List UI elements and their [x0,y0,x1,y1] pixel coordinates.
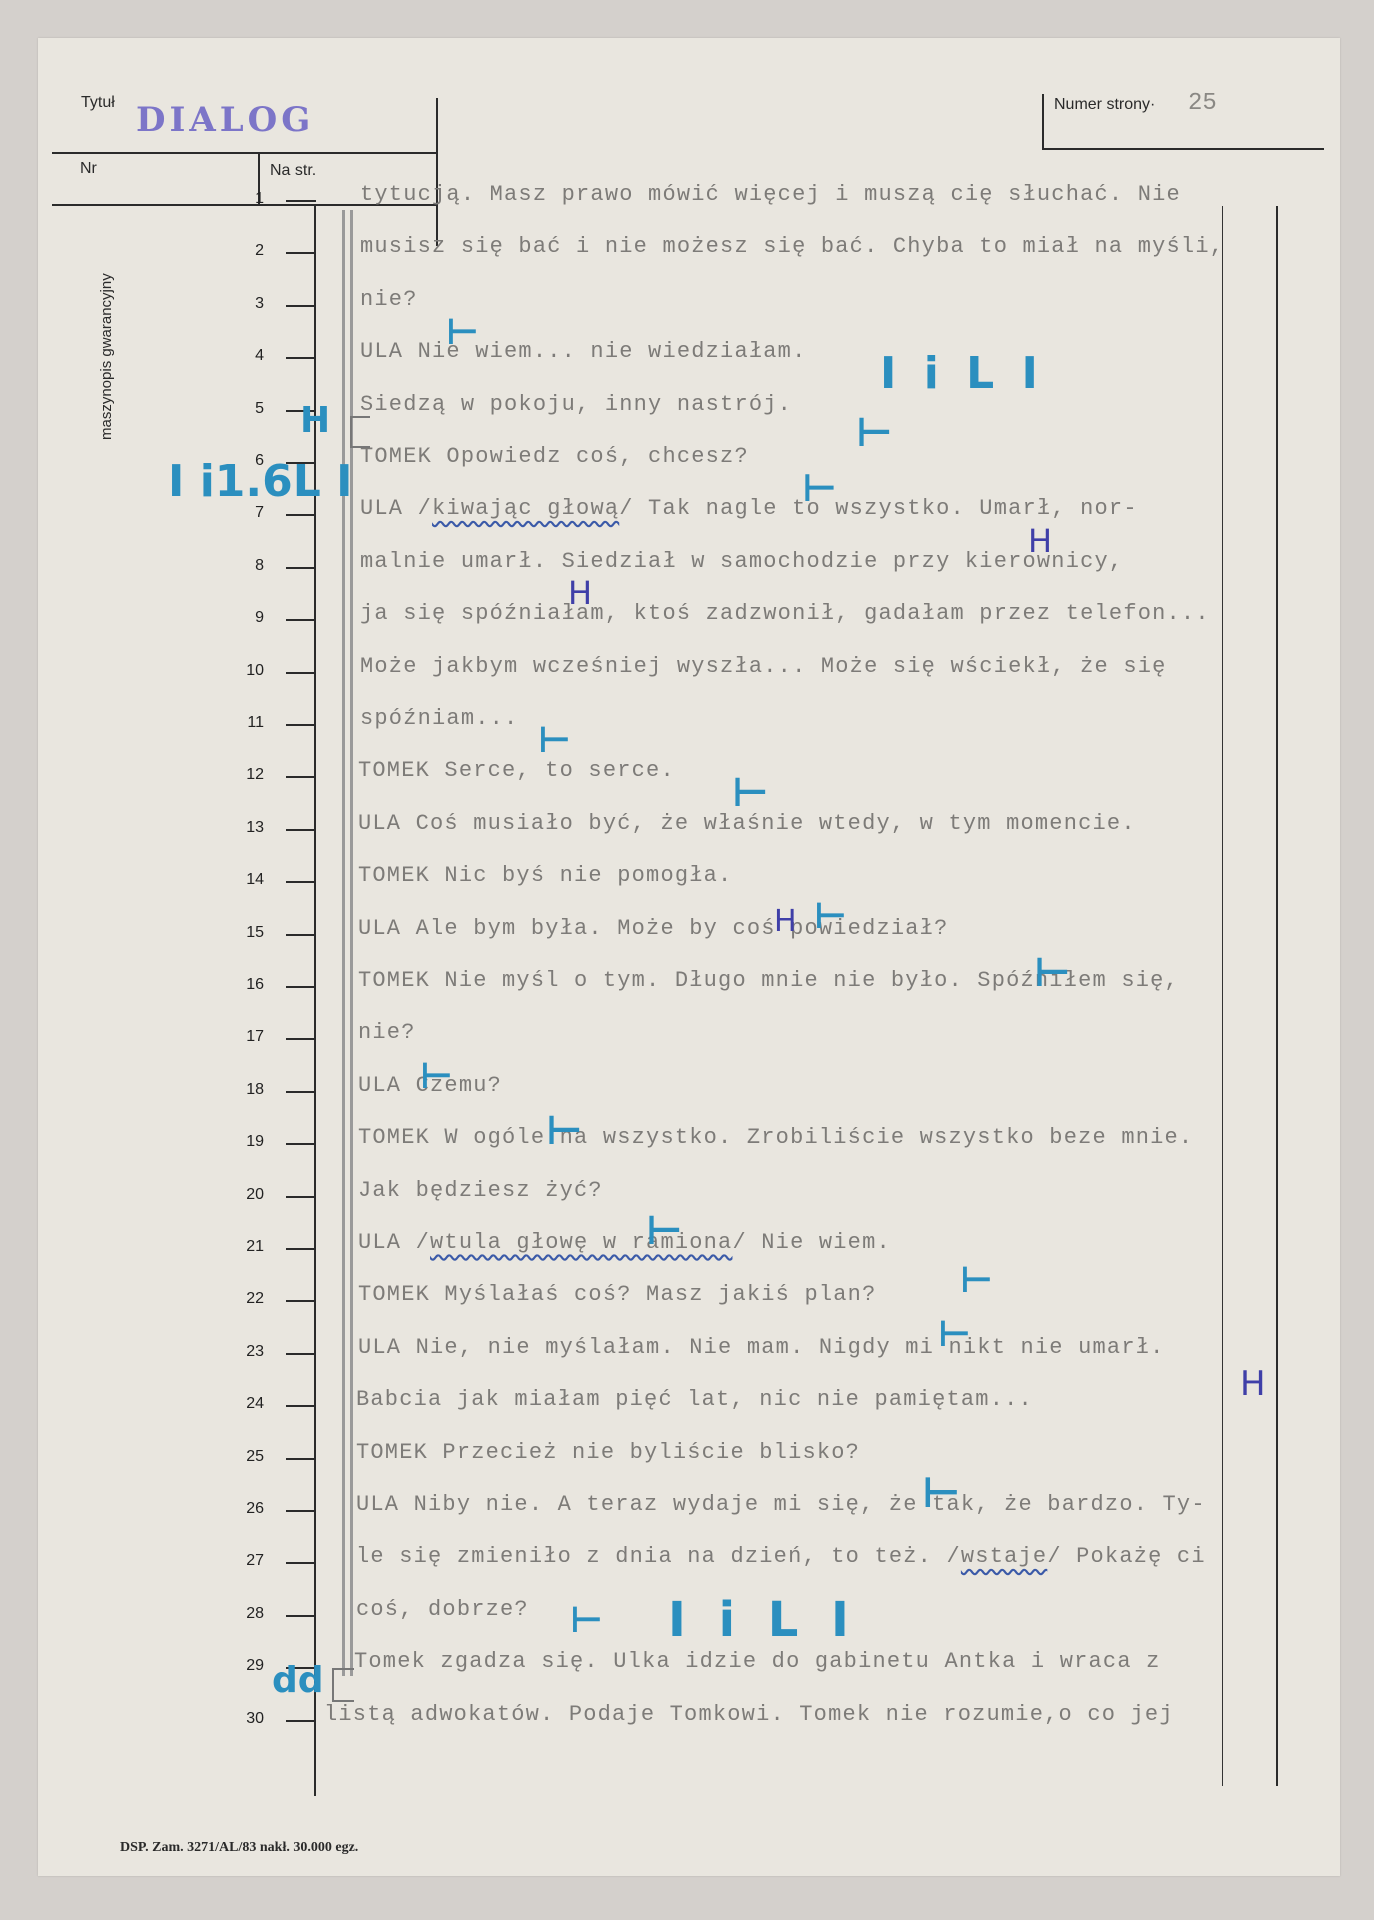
cut-mark-12: ⊢ [732,770,769,816]
line-tick [286,1720,316,1722]
cut-mark-3: ⊢ [446,312,479,353]
typed-line: TOMEK Przecież nie byliście blisko? [356,1440,860,1465]
typed-line: nie? [358,1020,416,1045]
right-margin-line-2 [1276,206,1278,1786]
side-label: maszynopis gwarancyjny [98,273,115,440]
page-number-label: Numer strony· [1054,96,1155,114]
line-tick [286,252,316,254]
line-number: 24 [224,1395,264,1413]
line-number: 12 [224,766,264,784]
typed-line: ULA /kiwając głową/ Tak nagle to wszystk… [360,496,1138,521]
typed-line: TOMEK Nic byś nie pomogła. [358,863,732,888]
pause-mark-23: H [1240,1364,1266,1404]
cut-mark-28: ⊢ [570,1600,603,1641]
typed-line: spóźniam... [360,706,518,731]
typed-line: TOMEK W ogóle na wszystko. Zrobiliście w… [358,1125,1193,1150]
line-tick [286,1562,316,1564]
line-tick [286,1510,316,1512]
line-tick [286,829,316,831]
typed-line: Tomek zgadza się. Ulka idzie do gabinetu… [354,1649,1161,1674]
typed-line: TOMEK Opowiedz coś, chcesz? [360,444,749,469]
line-number: 23 [224,1343,264,1361]
script-page: Tytuł DIALOG Nr Na str. Numer strony· 25… [38,38,1340,1876]
line-tick [286,357,316,359]
line-tick [286,1615,316,1617]
typed-line: tytucją. Masz prawo mówić więcej i muszą… [360,182,1181,207]
line-number: 17 [224,1028,264,1046]
cut-mark-14: ⊢ [814,896,847,937]
line-number: 11 [224,714,264,732]
line-tick [286,1353,316,1355]
line-tick [286,1300,316,1302]
line-tick [286,514,316,516]
line-number: 26 [224,1500,264,1518]
typed-line: ULA Nie, nie myślałam. Nie mam. Nigdy mi… [358,1335,1165,1360]
line-tick [286,1143,316,1145]
typed-line: listą adwokatów. Podaje Tomkowi. Tomek n… [324,1702,1174,1727]
stage-direction-underline: kiwając głową [432,496,619,521]
line-tick [286,1405,316,1407]
cut-mark-25: ⊢ [922,1468,960,1517]
line-tick [286,986,316,988]
line-number: 29 [224,1657,264,1675]
typed-line: musisz się bać i nie możesz się bać. Chy… [360,234,1224,259]
line-tick [286,1248,316,1250]
cut-mark-18: ⊢ [546,1108,583,1154]
typed-line: Siedzą w pokoju, inny nastrój. [360,392,792,417]
cut-mark-5: ⊢ [856,410,893,456]
line-number: 27 [224,1552,264,1570]
line-tick [286,567,316,569]
typed-line: Jak będziesz żyć? [358,1178,603,1203]
line-number: 30 [224,1710,264,1728]
scene-bracket-29 [332,1668,354,1702]
line-number: 20 [224,1186,264,1204]
line-number: 14 [224,871,264,889]
line-number: 1 [224,190,264,208]
line-tick [286,672,316,674]
shot-mark-6: I i1.6L I [168,456,352,507]
stage-direction-underline: wstaje [961,1544,1047,1569]
line-tick [286,1458,316,1460]
line-number: 9 [224,609,264,627]
line-number: 18 [224,1081,264,1099]
line-number: 28 [224,1605,264,1623]
line-number: 22 [224,1290,264,1308]
shot-mark-4: I i L I [880,348,1044,399]
line-number: 21 [224,1238,264,1256]
typed-line: ja się spóźniałam, ktoś zadzwonił, gadał… [360,601,1210,626]
line-number: 4 [224,347,264,365]
title-stamp: DIALOG [136,100,314,140]
line-tick [286,881,316,883]
line-number: 15 [224,924,264,942]
line-tick [286,776,316,778]
line-number: 2 [224,242,264,260]
header-divider [52,152,438,154]
cut-mark-21: ⊢ [960,1260,993,1301]
typed-line: coś, dobrze? [356,1597,529,1622]
line-number: 3 [224,295,264,313]
stage-direction-underline: wtula głowę w ramiona [430,1230,732,1255]
typed-line: TOMEK Serce, to serce. [358,758,675,783]
line-number: 7 [224,504,264,522]
typed-line: ULA Ale bym była. Może by coś powiedział… [358,916,949,941]
line-tick [286,724,316,726]
pause-mark-5: H [300,400,330,441]
line-number: 5 [224,400,264,418]
line-number: 25 [224,1448,264,1466]
line-number: 19 [224,1133,264,1151]
line-number: 8 [224,557,264,575]
cut-mark-11: ⊢ [538,720,571,761]
line-tick [286,305,316,307]
line-tick [286,619,316,621]
typed-margin-line-1 [342,210,345,1676]
typed-line: TOMEK Myślałaś coś? Masz jakiś plan? [358,1282,876,1307]
margin-mark-29: dd [272,1660,324,1701]
scene-bracket-5 [350,416,370,448]
pause-mark-7: H [1028,522,1052,560]
typed-line: ULA Nie wiem... nie wiedziałam. [360,339,806,364]
typed-line: le się zmieniło z dnia na dzień, to też.… [356,1544,1206,1569]
line-number: 16 [224,976,264,994]
line-tick [286,1038,316,1040]
title-label: Tytuł [81,94,115,112]
header-right-border [436,98,438,246]
typed-line: ULA /wtula głowę w ramiona/ Nie wiem. [358,1230,891,1255]
nr-label: Nr [80,160,97,178]
shot-mark-28: I i L I [668,1592,857,1648]
typed-line: ULA Niby nie. A teraz wydaje mi się, że … [356,1492,1206,1517]
page-number-bottom-border [1042,148,1324,150]
cut-mark-15: ⊢ [1034,950,1071,996]
cut-mark-20: ⊢ [646,1208,683,1254]
pause-mark-14: H [774,904,797,939]
line-tick [286,200,316,202]
line-number: 13 [224,819,264,837]
print-footer: DSP. Zam. 3271/AL/83 nakł. 30.000 egz. [120,1840,358,1856]
right-margin-line-1 [1222,206,1223,1786]
page-number-value: 25 [1188,90,1217,117]
cut-mark-6: ⊢ [802,466,837,510]
na-str-label: Na str. [270,162,316,180]
cut-mark-22: ⊢ [938,1314,971,1355]
line-tick [286,1196,316,1198]
pause-mark-8: H [568,574,592,612]
typed-line: Babcia jak miałam pięć lat, nic nie pami… [356,1387,1033,1412]
cut-mark-17: ⊢ [420,1056,453,1097]
line-number: 10 [224,662,264,680]
typed-line: nie? [360,287,418,312]
typed-line: malnie umarł. Siedział w samochodzie prz… [360,549,1123,574]
typed-line: Może jakbym wcześniej wyszła... Może się… [360,654,1167,679]
ruler-line [314,206,316,1796]
page-number-left-border [1042,94,1044,150]
line-tick [286,934,316,936]
line-tick [286,1091,316,1093]
